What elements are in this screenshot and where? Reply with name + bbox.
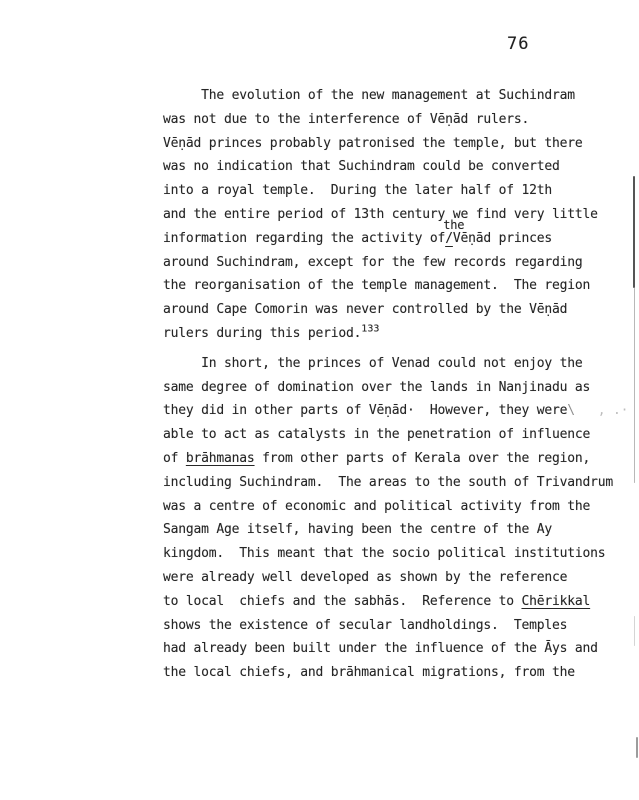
scan-artifact-line (634, 288, 635, 483)
paragraph: In short, the princes of Venad could not… (163, 352, 633, 685)
text-run: The evolution of the new management at S… (163, 88, 575, 103)
text-line: the reorganisation of the temple managem… (163, 274, 633, 298)
paragraph: The evolution of the new management at S… (163, 84, 633, 346)
footnote-reference: 133 (361, 324, 379, 335)
scan-artifact-line (636, 737, 638, 758)
text-run: rulers during this period. (163, 326, 361, 341)
text-run: around Suchindram, except for the few re… (163, 255, 582, 270)
text-line: around Suchindram, except for the few re… (163, 251, 633, 275)
text-line: around Cape Comorin was never controlled… (163, 298, 633, 322)
text-run: they did in other parts of Vēṇād· Howeve… (163, 403, 567, 418)
text-run: Vēṇād princes probably patronised the te… (163, 136, 582, 151)
text-run: was a centre of economic and political a… (163, 499, 590, 514)
text-line: and the entire period of 13th century we… (163, 203, 633, 227)
text-run: and the entire period of 13th century we… (163, 207, 598, 222)
scan-artifact-line (633, 176, 635, 288)
text-line: into a royal temple. During the later ha… (163, 179, 633, 203)
text-run: In short, the princes of Venad could not… (163, 356, 582, 371)
inserted-word-above: the (443, 214, 464, 238)
text-line: was not due to the interference of Vēṇād… (163, 108, 633, 132)
text-run: shows the existence of secular landholdi… (163, 618, 567, 633)
text-line: the local chiefs, and brāhmanical migrat… (163, 661, 633, 685)
text-line: rulers during this period.133 (163, 322, 633, 346)
text-line: Vēṇād princes probably patronised the te… (163, 132, 633, 156)
text-line: including Suchindram. The areas to the s… (163, 471, 633, 495)
text-line: had already been built under the influen… (163, 637, 633, 661)
text-run: same degree of domination over the lands… (163, 380, 590, 395)
text-run: had already been built under the influen… (163, 641, 598, 656)
text-run: able to act as catalysts in the penetrat… (163, 427, 590, 442)
text-line: same degree of domination over the lands… (163, 376, 633, 400)
text-line: Sangam Age itself, having been the centr… (163, 518, 633, 542)
pencil-mark: ‚ .· (575, 403, 628, 418)
text-run: into a royal temple. During the later ha… (163, 183, 552, 198)
text-line: shows the existence of secular landholdi… (163, 614, 633, 638)
scan-artifact-line (634, 616, 635, 646)
text-line: was a centre of economic and political a… (163, 495, 633, 519)
text-run: information regarding the activity of (163, 231, 445, 246)
text-line: able to act as catalysts in the penetrat… (163, 423, 633, 447)
text-body: The evolution of the new management at S… (163, 84, 633, 685)
text-run: including Suchindram. The areas to the s… (163, 475, 613, 490)
document-page: 76 The evolution of the new management a… (0, 0, 639, 800)
text-run: the local chiefs, and brāhmanical migrat… (163, 665, 575, 680)
text-line: of brāhmanas from other parts of Kerala … (163, 447, 633, 471)
text-run: were already well developed as shown by … (163, 570, 567, 585)
text-line: were already well developed as shown by … (163, 566, 633, 590)
underlined-term: Chērikkal (521, 594, 590, 609)
text-line: kingdom. This meant that the socio polit… (163, 542, 633, 566)
page-number: 76 (507, 34, 529, 54)
underlined-term: brāhmanas (186, 451, 255, 466)
text-run: of (163, 451, 186, 466)
text-run: was not due to the interference of Vēṇād… (163, 112, 529, 127)
text-run: Vēṇād princes (453, 231, 552, 246)
text-line: they did in other parts of Vēṇād· Howeve… (163, 399, 633, 423)
text-run: was no indication that Suchindram could … (163, 159, 560, 174)
text-run: around Cape Comorin was never controlled… (163, 302, 567, 317)
text-line: In short, the princes of Venad could not… (163, 352, 633, 376)
text-run: Sangam Age itself, having been the centr… (163, 522, 552, 537)
text-run: to local chiefs and the sabhās. Referenc… (163, 594, 521, 609)
pencil-mark: \ (567, 403, 575, 418)
text-line: The evolution of the new management at S… (163, 84, 633, 108)
text-line: information regarding the activity ofthe… (163, 227, 633, 251)
text-line: was no indication that Suchindram could … (163, 155, 633, 179)
text-run: the reorganisation of the temple managem… (163, 278, 590, 293)
text-line: to local chiefs and the sabhās. Referenc… (163, 590, 633, 614)
text-run: from other parts of Kerala over the regi… (255, 451, 591, 466)
text-run: kingdom. This meant that the socio polit… (163, 546, 605, 561)
